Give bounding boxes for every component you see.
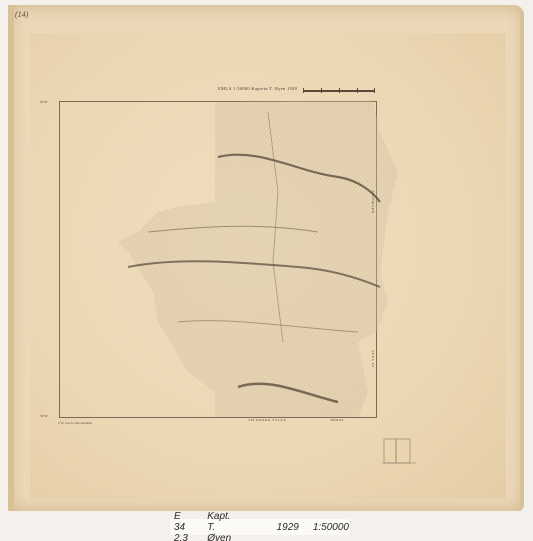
corner-handwritten-mark: (14)	[15, 10, 28, 19]
map-relief-drawing	[118, 92, 403, 420]
caption-sheet-id: E 34 2,3	[174, 511, 193, 541]
caption-author: Kapt. T. Øyen	[207, 511, 238, 541]
sheet-index-diagram	[382, 437, 422, 467]
catalog-caption: E 34 2,3 Kapt. T. Øyen 1929 1:50000	[170, 519, 349, 535]
side-label-upper: TELEMARK	[371, 190, 375, 214]
bottom-label-parish: TINN Pd.	[330, 418, 344, 422]
frame-label-longitude: 2°10' vest for Oslo meridian	[58, 421, 92, 425]
caption-scale: 1:50000	[313, 522, 349, 533]
frame-label-top-left: 60°00'	[40, 100, 48, 104]
sheet-edge-left	[8, 5, 14, 511]
sheet-edge-right	[520, 12, 524, 507]
frame-label-bottom-left: 59°50'	[40, 414, 48, 418]
side-label-lower: ATRA Pd.	[371, 350, 375, 369]
bottom-label-county: TELEMARK FYLKE	[248, 418, 286, 422]
map-header-title: EMLA 1:50000 Kaptein T. Øyen 1929	[218, 86, 297, 91]
caption-year: 1929	[277, 522, 299, 533]
